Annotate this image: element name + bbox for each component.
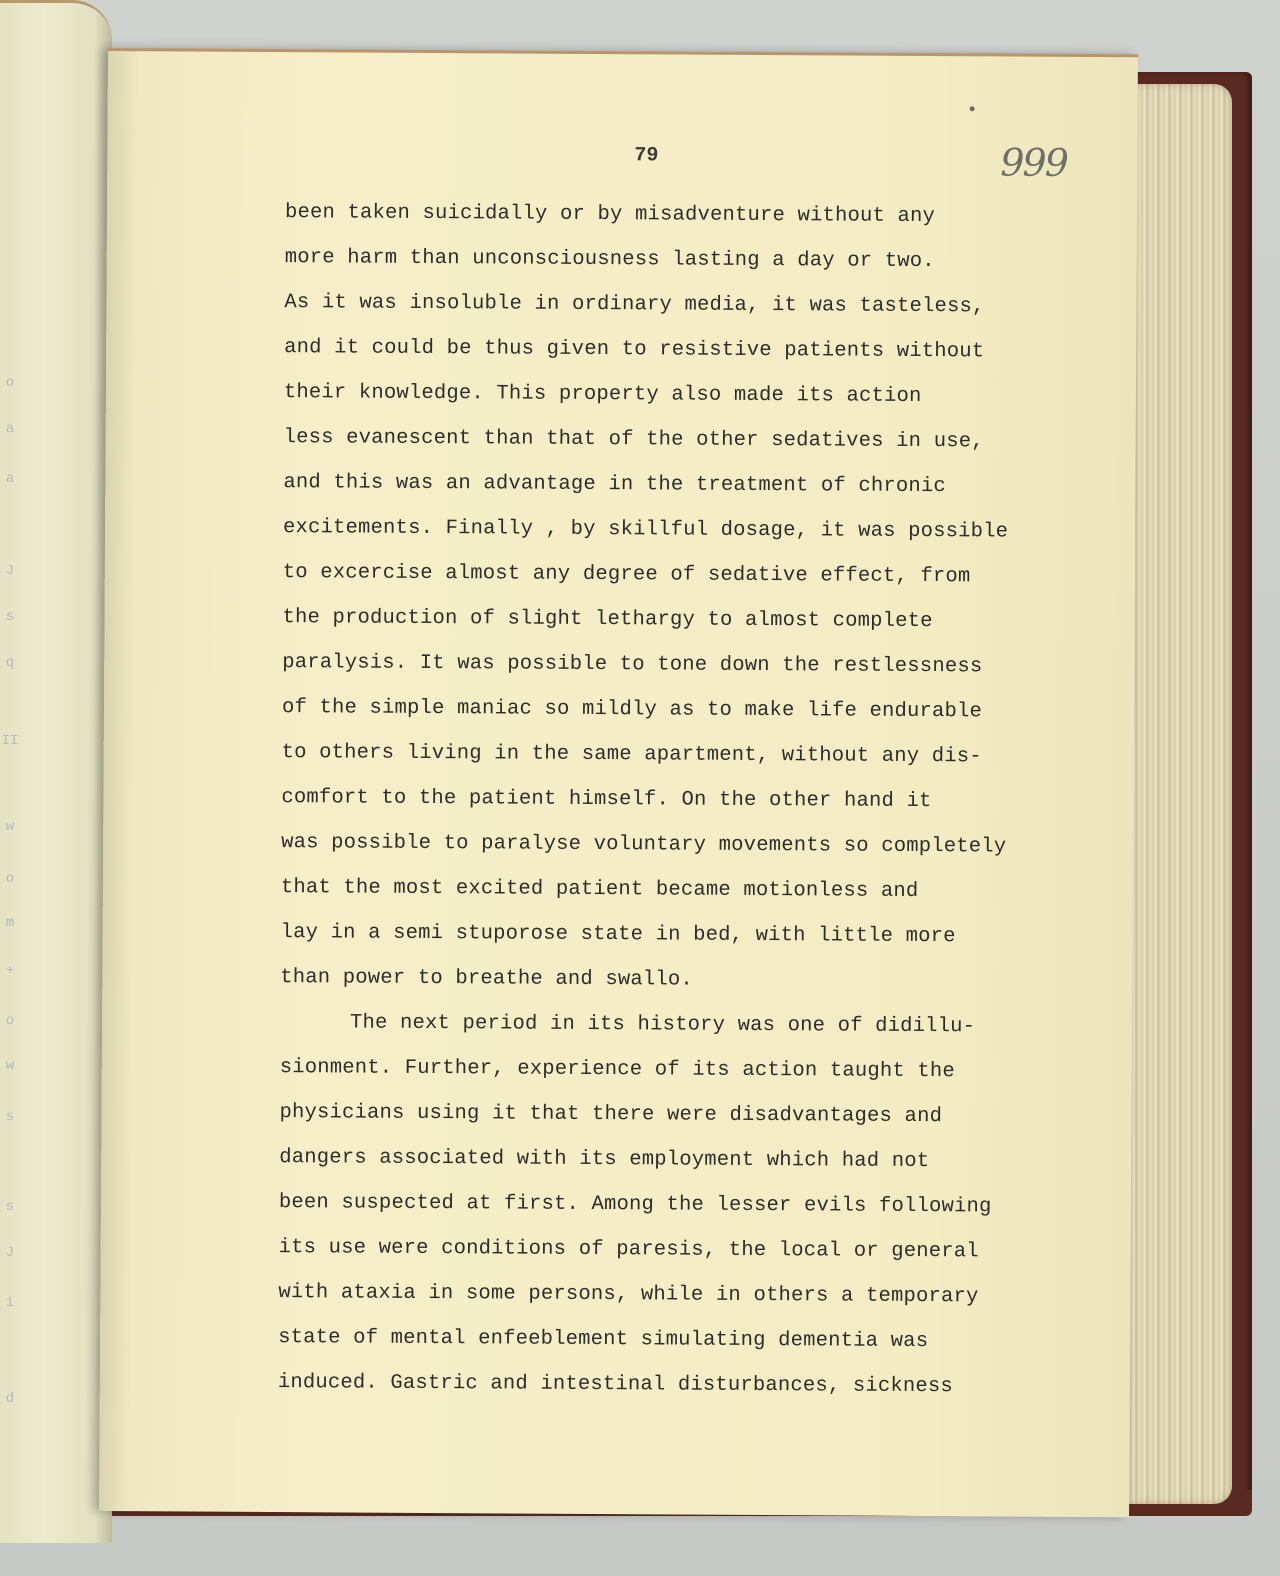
bleed-through-letter: w xyxy=(0,1058,20,1074)
bleed-through-letter: q xyxy=(0,655,20,671)
bleed-through-letter: s xyxy=(0,1199,20,1215)
text-line: than power to breathe and swallo. xyxy=(280,955,1080,1005)
bleed-through-letter: a xyxy=(0,471,20,487)
text-line: physicians using it that there were disa… xyxy=(279,1090,1079,1140)
bleed-through-letter: a xyxy=(0,421,20,437)
text-line: excitements. Finally , by skillful dosag… xyxy=(283,505,1083,555)
text-line: state of mental enfeeblement simulating … xyxy=(278,1315,1078,1365)
text-line: The next period in its history was one o… xyxy=(280,1000,1080,1050)
text-line: been taken suicidally or by misadventure… xyxy=(285,190,1085,240)
page-edges xyxy=(1128,84,1232,1504)
bleed-through-letter: J xyxy=(0,563,20,579)
text-line: with ataxia in some persons, while in ot… xyxy=(278,1270,1078,1320)
left-page: oaaJsqIIwom+owssJid xyxy=(0,0,112,1543)
text-line: As it was insoluble in ordinary media, i… xyxy=(284,280,1084,330)
text-line: lay in a semi stuporose state in bed, wi… xyxy=(280,910,1080,960)
text-line: sionment. Further, experience of its act… xyxy=(280,1045,1080,1095)
bleed-through-letter: s xyxy=(0,1109,20,1125)
text-line: to others living in the same apartment, … xyxy=(282,730,1082,780)
text-line: dangers associated with its employment w… xyxy=(279,1135,1079,1185)
text-line: and it could be thus given to resistive … xyxy=(284,325,1084,375)
bleed-through-letter: m xyxy=(0,915,20,931)
bleed-through-letter: + xyxy=(0,963,20,979)
bleed-through-letter: o xyxy=(0,375,20,391)
bleed-through-letter: o xyxy=(0,871,20,887)
text-line: to excercise almost any degree of sedati… xyxy=(283,550,1083,600)
folio-number: 999 xyxy=(1000,140,1067,184)
text-line: their knowledge. This property also made… xyxy=(284,370,1084,420)
bleed-through-letter: d xyxy=(0,1391,20,1407)
text-line: the production of slight lethargy to alm… xyxy=(282,595,1082,645)
right-page: 79 999 been taken suicidally or by misad… xyxy=(99,48,1138,1517)
text-line: and this was an advantage in the treatme… xyxy=(283,460,1083,510)
page-number: 79 xyxy=(634,144,658,167)
bleed-through-letter: i xyxy=(0,1295,20,1311)
text-line: of the simple maniac so mildly as to mak… xyxy=(282,685,1082,735)
text-line: paralysis. It was possible to tone down … xyxy=(282,640,1082,690)
typed-text: been taken suicidally or by misadventure… xyxy=(278,190,1085,1410)
bleed-through-letter: w xyxy=(0,819,20,835)
text-line: comfort to the patient himself. On the o… xyxy=(281,775,1081,825)
text-line: that the most excited patient became mot… xyxy=(281,865,1081,915)
bleed-through-letter: II xyxy=(0,733,20,749)
text-line: less evanescent than that of the other s… xyxy=(283,415,1083,465)
text-line: its use were conditions of paresis, the … xyxy=(279,1225,1079,1275)
text-line: was possible to paralyse voluntary movem… xyxy=(281,820,1081,870)
text-line: been suspected at first. Among the lesse… xyxy=(279,1180,1079,1230)
bleed-through-letter: J xyxy=(0,1245,20,1261)
bleed-through-letter: o xyxy=(0,1013,20,1029)
ink-dot xyxy=(970,106,975,111)
text-line: induced. Gastric and intestinal disturba… xyxy=(278,1360,1078,1410)
bleed-through-letter: s xyxy=(0,609,20,625)
text-line: more harm than unconsciousness lasting a… xyxy=(285,235,1085,285)
